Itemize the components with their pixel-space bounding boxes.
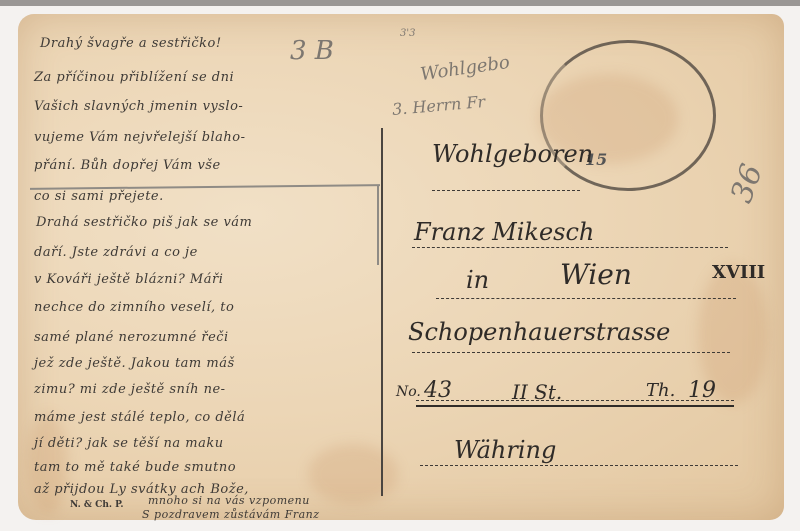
message-line: jí děti? jak se těší na maku [34,436,224,451]
area: Währing [454,436,556,464]
recipient-name: Franz Mikesch [414,218,594,246]
message-line: co si sami přejete. [34,189,164,204]
stain [308,444,398,504]
message-line: máme jest stálé teplo, co dělá [34,410,245,425]
address-line [412,352,730,353]
message-line: nechce do zimního veselí, to [34,300,234,315]
message-line: vujeme Vám nejvřelejší blaho- [34,130,246,145]
district: XVIII [712,262,765,283]
address-line [416,400,734,401]
address-line [420,465,738,466]
address-line [436,298,736,299]
street: Schopenhauerstrasse [408,318,670,346]
house-number-label: No. [396,384,421,400]
address-line [412,247,728,248]
message-line: v Kováři ještě blázni? Máři [34,272,223,287]
message-line: mnoho si na vás vzpomenu [148,494,310,507]
message-line: přání. Bůh dopřej Vám vše [34,158,221,173]
scan-edge [0,0,800,6]
message-line: daří. Jste zdrávi a co je [34,245,198,260]
message-line: Drahý švagře a sestřičko! [40,36,222,51]
pencil-digits: 3'3 [400,28,415,39]
message-line: Drahá sestřičko piš jak se vám [36,215,252,230]
message-line: samé plané nerozumné řeči [34,330,229,345]
pencil-annotation: 3 B [290,36,334,66]
message-line: jež zde ještě. Jakou tam máš [34,356,235,371]
message-line: Vašich slavných jmenin vyslo- [34,99,243,114]
address-line [432,190,580,191]
message-line: tam to mě také bude smutno [34,460,236,475]
city: Wien [560,258,632,291]
door-label: Th. [646,380,675,401]
postmark-stamp [540,40,716,191]
message-line: Za příčinou přiblížení se dni [34,70,234,85]
message-line: zimu? mi zde ještě sníh ne- [34,382,226,397]
address-underline [416,405,734,407]
pencil-line [377,185,379,265]
salutation: Wohlgeboren [432,140,593,168]
printer-mark: N. & Ch. P. [70,500,124,510]
message-line: S pozdravem zůstávám Franz [142,508,320,521]
divider-line [381,128,383,496]
city-prefix: in [466,266,489,294]
